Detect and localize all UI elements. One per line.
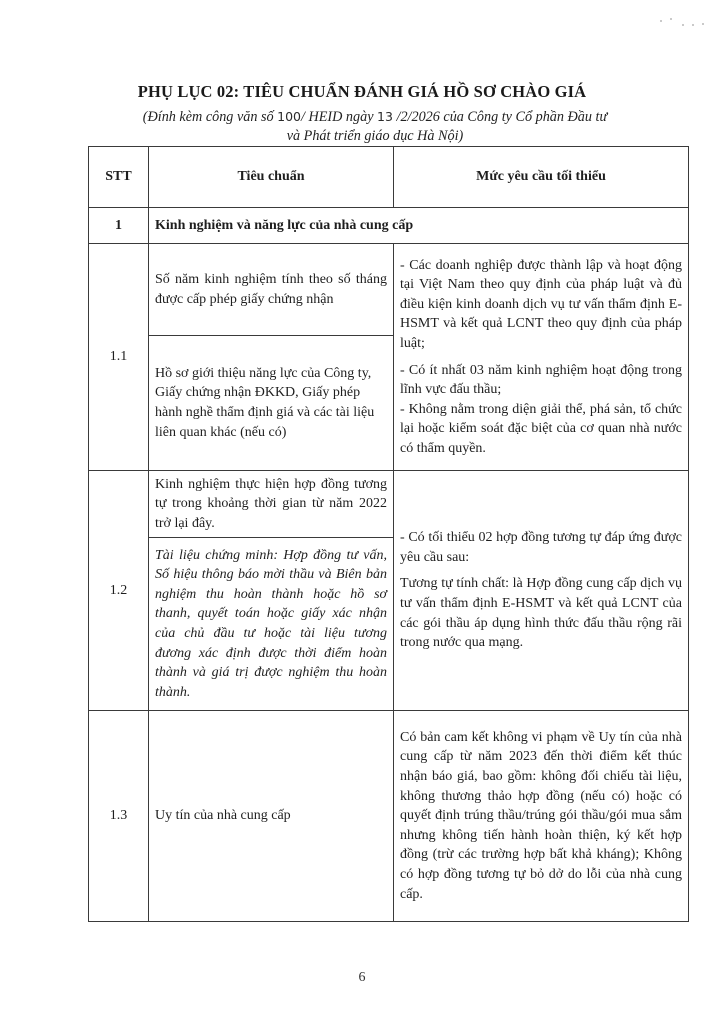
row-stt: 1.3	[89, 711, 149, 922]
requirement-item: - Có ít nhất 03 năm kinh nghiệm hoạt độn…	[400, 361, 682, 400]
row-stt: 1.1	[89, 244, 149, 471]
section-row-1: 1 Kinh nghiệm và năng lực của nhà cung c…	[89, 208, 689, 244]
requirement-cell: - Có tối thiểu 02 hợp đồng tương tự đáp …	[394, 471, 689, 711]
section-label: Kinh nghiệm và năng lực của nhà cung cấp	[149, 208, 689, 244]
row-stt: 1.2	[89, 471, 149, 711]
section-stt: 1	[89, 208, 149, 244]
requirement-cell: Có bản cam kết không vi phạm về Uy tín c…	[394, 711, 689, 922]
evaluation-criteria-table: STT Tiêu chuẩn Mức yêu cầu tối thiểu 1 K…	[88, 146, 689, 922]
document-title: PHỤ LỤC 02: TIÊU CHUẨN ĐÁNH GIÁ HỒ SƠ CH…	[0, 82, 724, 102]
subtitle-suffix: /2/2026 của Công ty Cổ phần Đầu tư	[393, 109, 607, 125]
header-standard: Tiêu chuẩn	[149, 147, 394, 208]
document-subtitle: (Đính kèm công văn số 100/ HEID ngày 13 …	[120, 107, 630, 146]
handwritten-day: 13	[377, 109, 393, 124]
requirement-item: Tương tự tính chất: là Hợp đồng cung cấp…	[400, 574, 682, 652]
scan-artifact	[660, 18, 710, 28]
requirement-item: - Các doanh nghiệp được thành lập và hoạ…	[400, 256, 682, 354]
handwritten-doc-number: 100	[277, 109, 301, 124]
evidence-cell: Tài liệu chứng minh: Hợp đồng tư vấn, Số…	[149, 538, 394, 711]
header-stt: STT	[89, 147, 149, 208]
table-row-1-3: 1.3 Uy tín của nhà cung cấp Có bản cam k…	[89, 711, 689, 922]
requirement-item: - Có tối thiểu 02 hợp đồng tương tự đáp …	[400, 528, 682, 567]
page-number: 6	[0, 970, 724, 986]
subtitle-prefix: (Đính kèm công văn số	[143, 109, 277, 125]
table-header-row: STT Tiêu chuẩn Mức yêu cầu tối thiểu	[89, 147, 689, 208]
subtitle-mid: / HEID ngày	[301, 109, 377, 125]
requirement-item: - Không nằm trong diện giải thể, phá sản…	[400, 400, 682, 459]
subtitle-line-1: (Đính kèm công văn số 100/ HEID ngày 13 …	[120, 107, 630, 127]
standard-cell: Kinh nghiệm thực hiện hợp đồng tương tự …	[149, 471, 394, 538]
subtitle-line-2: và Phát triển giáo dục Hà Nội)	[120, 127, 630, 146]
table-row-1-2a: 1.2 Kinh nghiệm thực hiện hợp đồng tương…	[89, 471, 689, 538]
table-row-1-1a: 1.1 Số năm kinh nghiệm tính theo số thán…	[89, 244, 689, 336]
requirement-cell: - Các doanh nghiệp được thành lập và hoạ…	[394, 244, 689, 471]
standard-cell: Số năm kinh nghiệm tính theo số tháng đư…	[149, 244, 394, 336]
standard-cell: Uy tín của nhà cung cấp	[149, 711, 394, 922]
header-requirement: Mức yêu cầu tối thiểu	[394, 147, 689, 208]
standard-cell: Hồ sơ giới thiệu năng lực của Công ty, G…	[149, 336, 394, 471]
